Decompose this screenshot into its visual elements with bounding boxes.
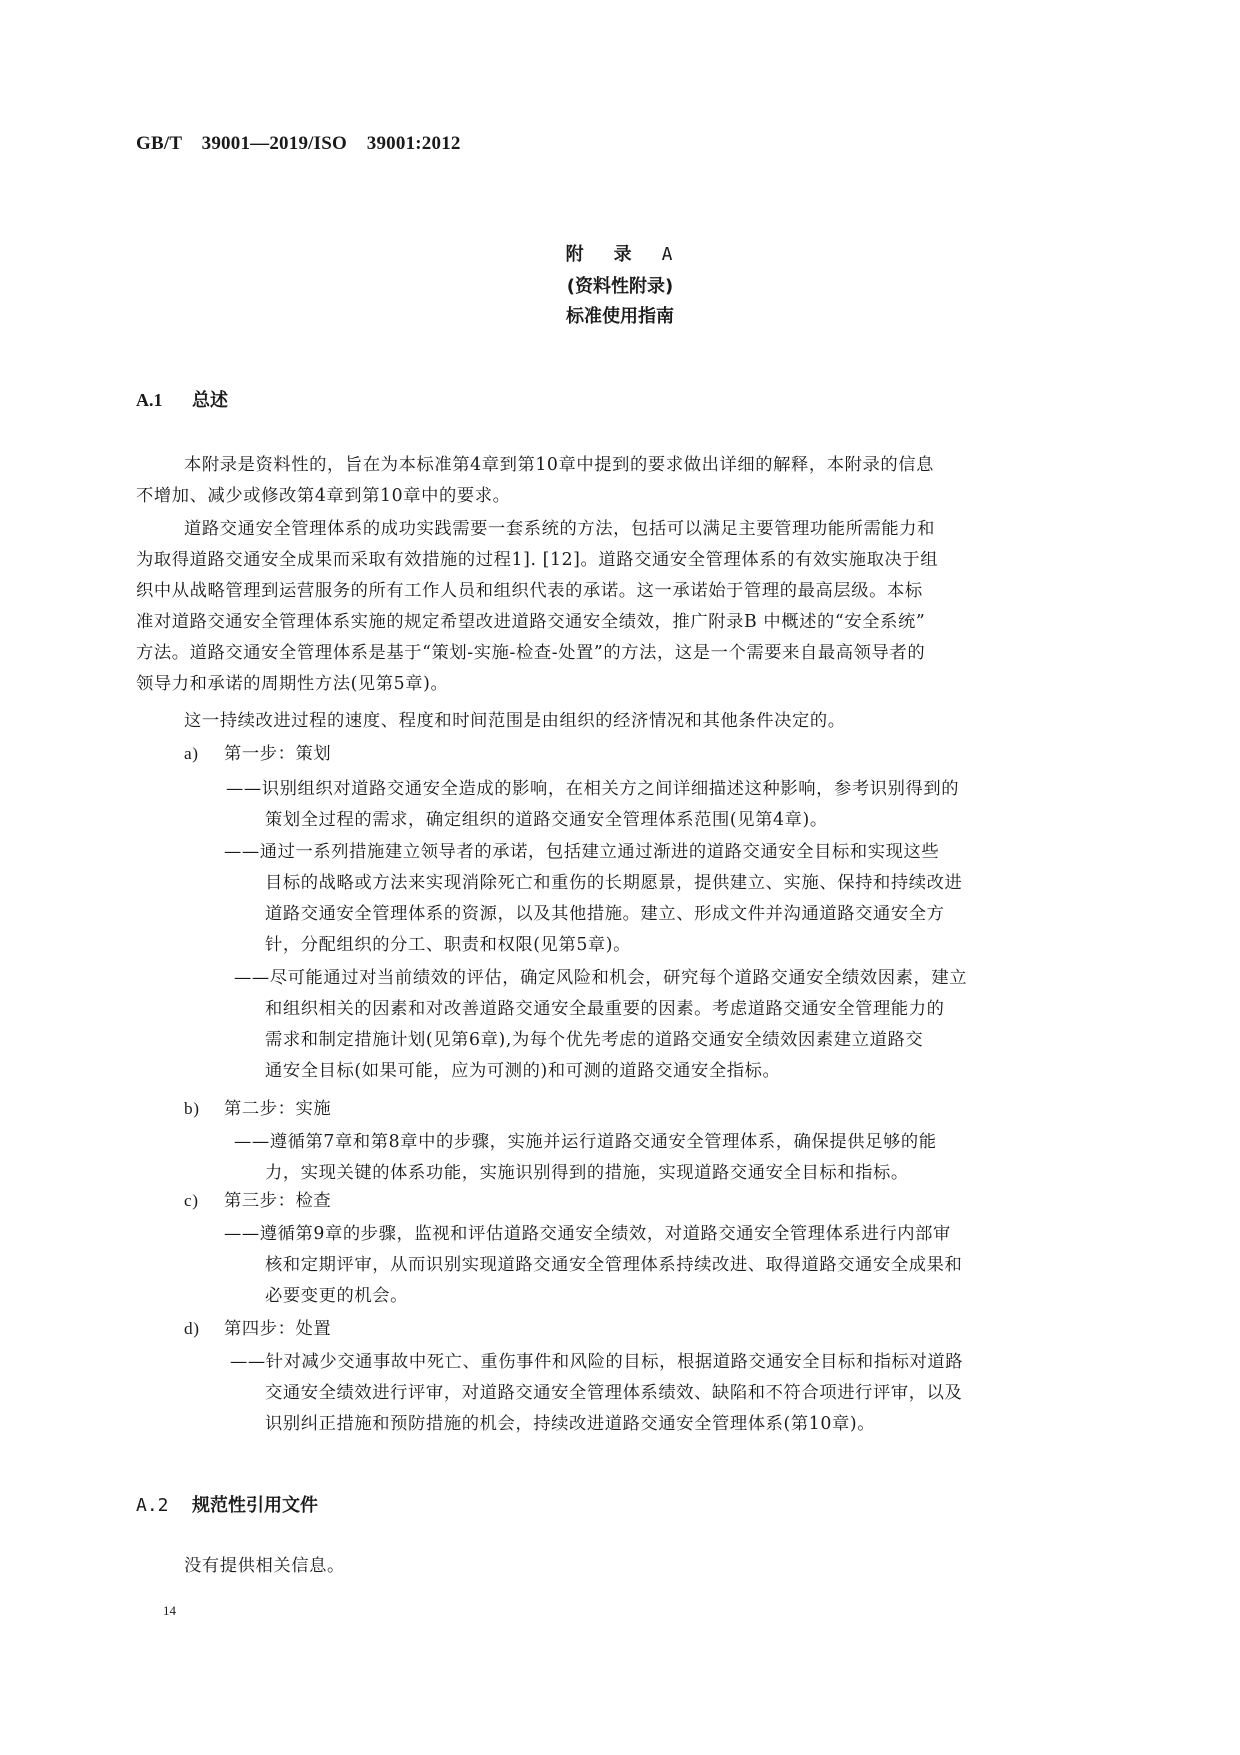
annex-label-letter: A: [662, 244, 675, 265]
list-item-line: 目标的战略或方法来实现消除死亡和重伤的长期愿景，提供建立、实施、保持和持续改进: [224, 868, 962, 899]
annex-title: 标准使用指南: [0, 302, 1240, 328]
list-item-line: 遵循第7章和第8章中的步骤，实施并运行道路交通安全管理体系，确保提供足够的能: [270, 1132, 937, 1152]
paragraph-line: 为取得道路交通安全成果而采取有效措施的过程1]. [12]。道路交通安全管理体系…: [136, 545, 938, 576]
list-item: ——识别组织对道路交通安全造成的影响，在相关方之间详细描述这种影响，参考识别得到…: [226, 774, 959, 836]
list-item-line: 遵循第9章的步骤，监视和评估道路交通安全绩效，对道路交通安全管理体系进行内部审: [260, 1224, 951, 1244]
step-title: 第一步：策划: [224, 744, 331, 764]
list-item-line: 和组织相关的因素和对改善道路交通安全最重要的因素。考虑道路交通安全管理能力的: [234, 994, 967, 1025]
paragraph-line: 不增加、减少或修改第4章到第10章中的要求。: [136, 481, 934, 512]
step-a-label: a)第一步：策划: [184, 738, 331, 770]
paragraph-line: 道路交通安全管理体系的成功实践需要一套系统的方法，包括可以满足主要管理功能所需能…: [184, 514, 938, 545]
list-item-line: 核和定期评审，从而识别实现道路交通安全管理体系持续改进、取得道路交通安全成果和: [224, 1250, 962, 1281]
paragraph-line: 织中从战略管理到运营服务的所有工作人员和组织代表的承诺。这一承诺始于管理的最高层…: [136, 576, 938, 607]
list-item-line: 识别纠正措施和预防措施的机会，持续改进道路交通安全管理体系(第10章)。: [230, 1409, 963, 1440]
dash-bullet: ——: [224, 1219, 260, 1250]
step-c-label: c)第三步：检查: [184, 1185, 331, 1217]
step-title: 第二步：实施: [224, 1099, 331, 1119]
list-item: ——针对减少交通事故中死亡、重伤事件和风险的目标，根据道路交通安全目标和指标对道…: [230, 1347, 963, 1440]
annex-type: (资料性附录): [0, 272, 1240, 298]
list-item-line: 交通安全绩效进行评审，对道路交通安全管理体系绩效、缺陷和不符合项进行评审，以及: [230, 1378, 963, 1409]
list-item-line: 道路交通安全管理体系的资源，以及其他措施。建立、形成文件并沟通道路交通安全方: [224, 899, 962, 930]
dash-bullet: ——: [226, 774, 262, 805]
step-title: 第三步：检查: [224, 1191, 331, 1211]
dash-bullet: ——: [230, 1347, 266, 1378]
list-item: ——遵循第9章的步骤，监视和评估道路交通安全绩效，对道路交通安全管理体系进行内部…: [224, 1219, 962, 1312]
paragraph-1: 本附录是资料性的，旨在为本标准第4章到第10章中提到的要求做出详细的解释，本附录…: [184, 450, 934, 512]
section-title: 规范性引用文件: [192, 1491, 318, 1517]
section-number: A.1: [136, 390, 192, 411]
list-marker: d): [184, 1313, 224, 1344]
paragraph-2: 道路交通安全管理体系的成功实践需要一套系统的方法，包括可以满足主要管理功能所需能…: [184, 514, 938, 700]
list-item-line: 尽可能通过对当前绩效的评估，确定风险和机会，研究每个道路交通安全绩效因素，建立: [270, 968, 967, 988]
standard-code-header: GB/T 39001—2019/ISO 39001:2012: [136, 133, 461, 155]
section-a2-body: 没有提供相关信息。: [184, 1551, 345, 1582]
paragraph-line: 准对道路交通安全管理体系实施的规定希望改进道路交通安全绩效，推广附录B 中概述的…: [136, 607, 938, 638]
page-number: 14: [163, 1603, 176, 1619]
dash-bullet: ——: [224, 837, 260, 868]
list-item-line: 通过一系列措施建立领导者的承诺，包括建立通过渐进的道路交通安全目标和实现这些: [260, 842, 940, 862]
list-marker: b): [184, 1093, 224, 1124]
list-item-line: 需求和制定措施计划(见第6章),为每个优先考虑的道路交通安全绩效因素建立道路交: [234, 1025, 967, 1056]
annex-label-part2: 录: [614, 244, 634, 265]
step-b-label: b)第二步：实施: [184, 1093, 331, 1125]
list-item: ——尽可能通过对当前绩效的评估，确定风险和机会，研究每个道路交通安全绩效因素，建…: [234, 963, 967, 1087]
list-item-line: 必要变更的机会。: [224, 1281, 962, 1312]
paragraph-line: 这一持续改进过程的速度、程度和时间范围是由组织的经济情况和其他条件决定的。: [184, 706, 846, 737]
section-heading-a1: A.1 总述: [136, 386, 228, 412]
paragraph-3: 这一持续改进过程的速度、程度和时间范围是由组织的经济情况和其他条件决定的。: [184, 706, 846, 737]
annex-label-part1: 附: [566, 244, 586, 265]
list-item-line: 力，实现关键的体系功能，实施识别得到的措施，实现道路交通安全目标和指标。: [234, 1158, 937, 1189]
list-marker: a): [184, 738, 224, 769]
dash-bullet: ——: [234, 963, 270, 994]
section-number: A.2: [136, 1495, 192, 1516]
list-item-line: 针，分配组织的分工、职责和权限(见第5章)。: [224, 930, 962, 961]
list-item-line: 针对减少交通事故中死亡、重伤事件和风险的目标，根据道路交通安全目标和指标对道路: [266, 1352, 963, 1372]
section-heading-a2: A.2 规范性引用文件: [136, 1491, 318, 1517]
list-item: ——通过一系列措施建立领导者的承诺，包括建立通过渐进的道路交通安全目标和实现这些…: [224, 837, 962, 961]
list-marker: c): [184, 1185, 224, 1216]
step-title: 第四步：处置: [224, 1319, 331, 1339]
annex-label: 附录A: [0, 240, 1240, 266]
list-item: ——遵循第7章和第8章中的步骤，实施并运行道路交通安全管理体系，确保提供足够的能…: [234, 1127, 937, 1189]
paragraph-line: 方法。道路交通安全管理体系是基于“策划-实施-检查-处置”的方法，这是一个需要来…: [136, 638, 938, 669]
list-item-line: 识别组织对道路交通安全造成的影响，在相关方之间详细描述这种影响，参考识别得到的: [262, 779, 959, 799]
list-item-line: 策划全过程的需求，确定组织的道路交通安全管理体系范围(见第4章)。: [226, 805, 959, 836]
paragraph-line: 本附录是资料性的，旨在为本标准第4章到第10章中提到的要求做出详细的解释，本附录…: [184, 450, 934, 481]
list-item-line: 通安全目标(如果可能，应为可测的)和可测的道路交通安全指标。: [234, 1056, 967, 1087]
paragraph-line: 领导力和承诺的周期性方法(见第5章)。: [136, 669, 938, 700]
dash-bullet: ——: [234, 1127, 270, 1158]
section-title: 总述: [192, 386, 228, 412]
step-d-label: d)第四步：处置: [184, 1313, 331, 1345]
